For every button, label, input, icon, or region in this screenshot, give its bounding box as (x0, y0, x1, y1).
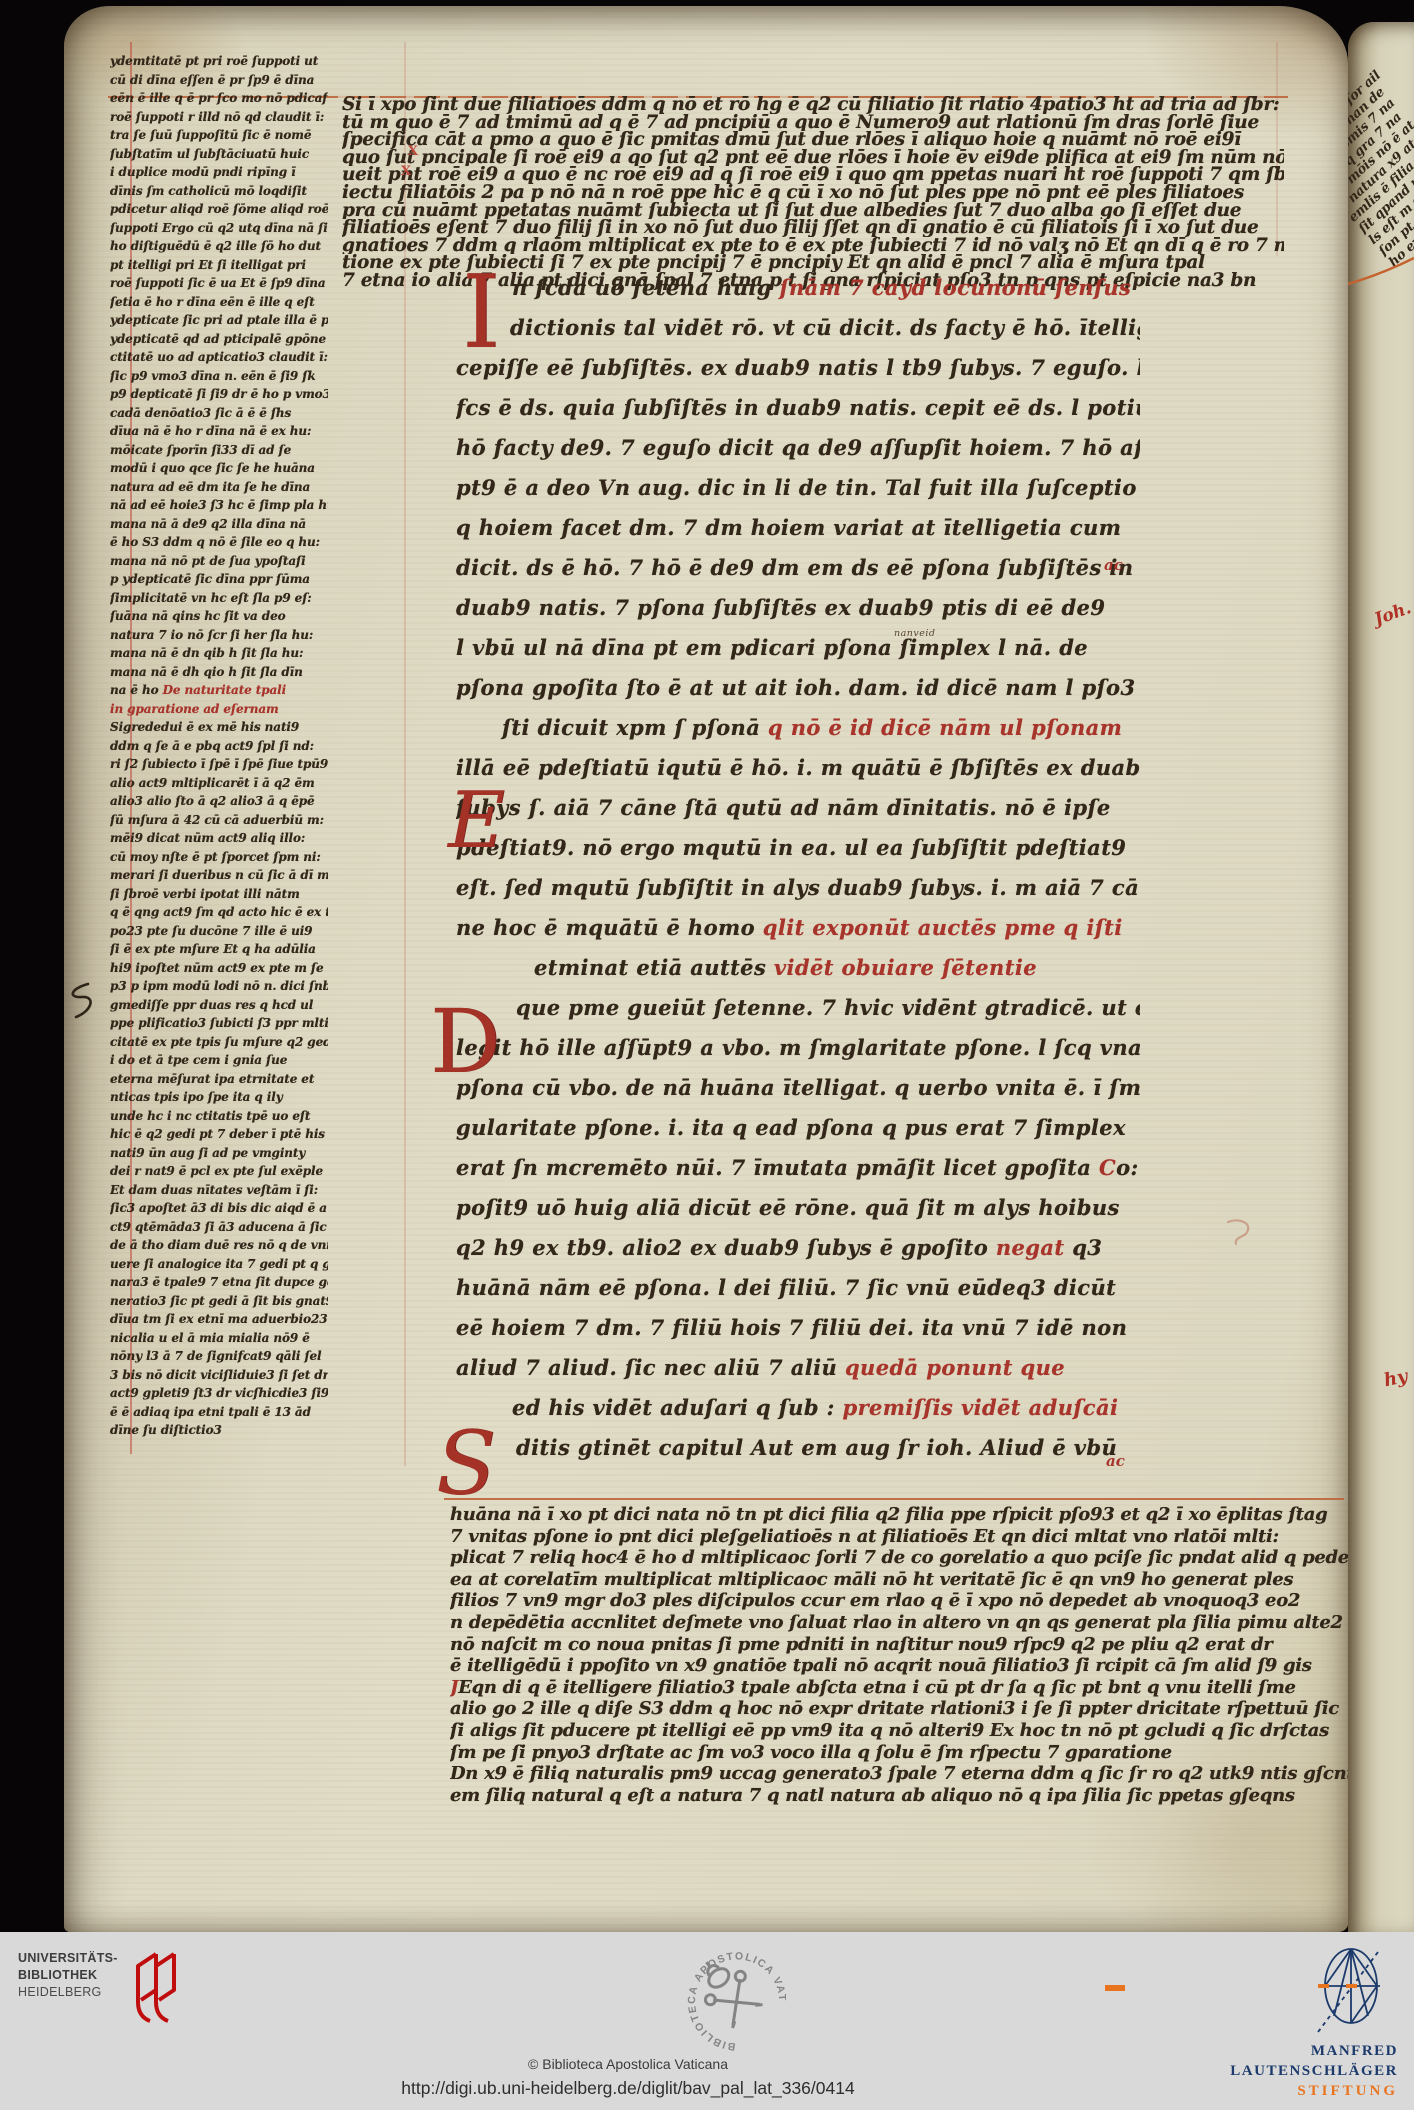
manuscript-line: cepiſſe eē ſubſiſtēs. ex duab9 natis l t… (456, 348, 1140, 388)
ink-text: que pme gueiūt ſetenne. 7 hvic vidēnt gt… (516, 995, 1140, 1020)
manuscript-line: mana nā ē dn qib h ſit ſla hu: (110, 644, 328, 663)
manuscript-line: em ſiliq natural q eſt a natura 7 q natl… (450, 1785, 1348, 1807)
manuscript-line: filiatioēs eſent 7 duo filij ſi in xo nō… (342, 219, 1284, 237)
ink-text: pt itelligi pri Et ſi itelligat pri (110, 258, 306, 272)
ink-text: erat ſn mcremēto nūi. 7 īmutata pmāſit l… (456, 1155, 1099, 1180)
ink-text: aliud 7 aliud. ſic nec aliū 7 aliū (456, 1355, 845, 1380)
ink-text: nō naſcit m co noua pnitas ſi pme pdniti… (450, 1634, 1272, 1655)
ink-text: nōny l3 ā 7 de ſignifcat9 qāli ſel (110, 1349, 322, 1363)
ink-text: huāna nā ī xo pt dici nata nō tn pt dici… (450, 1504, 1327, 1525)
manuscript-line: l vbū ul nā dīna pt em pdicari pſona ſim… (456, 628, 1140, 668)
manuscript-line: roē ſuppoti r illd nō qd claudit ī: (110, 108, 328, 127)
ub-logo-line1: UNIVERSITÄTS- (18, 1950, 118, 1967)
ink-text: pdeſtiat9. nō ergo mqutū in ea. ul ea ſu… (456, 835, 1126, 860)
ink-text: ct9 qtēmāda3 ſi ā3 aducena ā ſic (110, 1220, 327, 1234)
manuscript-line: hō facty de9. 7 eguſo dicit qa de9 aſſup… (456, 428, 1140, 468)
manuscript-line: dīne ſu diſtictio3 (110, 1421, 328, 1440)
ink-text: q ē qng act9 ſm qd acto hic ē ex tē: (110, 905, 328, 919)
left-column-text-block: ydemtitatē pt pri roē ſuppoti utcū di dī… (110, 52, 328, 1440)
facing-page-edge: ſct mag9 pſor ailal ſq ccr nan deuale rp… (1348, 22, 1414, 1932)
ink-text: mana nā ā de9 q2 illa dīna nā (110, 517, 306, 531)
ink-text: ueit pnt roē ei9 a quo ē nc roē ei9 ad q… (342, 166, 1284, 184)
manuscript-line: filios 7 vn9 mgr do3 ples diſcipulos ccu… (450, 1590, 1348, 1612)
manuscript-line: eē hoiem 7 dm. 7 filiū hois 7 filiū dei.… (456, 1308, 1140, 1348)
ink-text: mēi9 dicat nūm act9 aliq illo: (110, 831, 305, 845)
manuscript-line: tra ſe ſuū ſuppoſitū ſic ē nomē (110, 126, 328, 145)
manuscript-line: ho diſtiguēdū ē q2 ille ſō ho dut (110, 237, 328, 256)
ink-text: filiatioēs eſent 7 duo filij ſi in xo nō… (342, 219, 1258, 237)
ink-text: alio act9 mltiplicarēt ī ā q2 ēm (110, 776, 315, 790)
manuscript-line: cū di dīna eſſen ē pr ſp9 ē dīna (110, 71, 328, 90)
ink-text: filios 7 vn9 mgr do3 ples diſcipulos ccu… (450, 1590, 1300, 1611)
bottom-text-block: huāna nā ī xo pt dici nata nō tn pt dici… (450, 1504, 1348, 1806)
manuscript-line: ppe plificatio3 ſubicti ſ3 ppr mltipli: (110, 1014, 328, 1033)
ink-text: pdicetur aliqd roē ſōme aliqd roē (110, 202, 328, 216)
manuscript-line: huāna nā ī xo pt dici nata nō tn pt dici… (450, 1504, 1348, 1526)
manuscript-line: ſetia ē ho r dīna eēn ē ille q eſt (110, 293, 328, 312)
manuscript-line: ſic3 apoſtet ā3 di bis dic aiqd ē a (110, 1199, 328, 1218)
ink-text: ctitatē uo ad apticatio3 claudit ī: (110, 350, 328, 364)
rubric-text: vidēt obuiare ſētentie (774, 955, 1037, 980)
manuscript-line: duab9 natis. 7 pſona ſubſiſtēs ex duab9 … (456, 588, 1140, 628)
ink-text: ſi ē ex pte mſure Et q ha adūlia (110, 942, 316, 956)
ink-text: modū i quo qce ſic ſe he huāna (110, 461, 315, 475)
ink-text: gularitate pſone. i. ita q ead pſona q p… (456, 1115, 1126, 1140)
ink-text: ſuāna nā qins hc ſit va deo (110, 609, 286, 623)
manuscript-line: gularitate pſone. i. ita q ead pſona q p… (456, 1108, 1140, 1148)
manuscript-line: ſuppoti Ergo cū q2 utq dīna nā ſit (110, 219, 328, 238)
manuscript-line: tū m quo ē 7 ad tmimū ad q ē 7 ad pncipi… (342, 114, 1284, 132)
ink-text: ydemtitatē pt pri roē ſuppoti ut (110, 54, 318, 68)
manuscript-line: nicalia u el ā mia mialia nō9 ē (110, 1329, 328, 1348)
ink-text: merari ſi dueribus n cū ſic ā dī m (110, 868, 328, 882)
library-footer: UNIVERSITÄTS- BIBLIOTHEK HEIDELBERG BIBL… (0, 1932, 1414, 2110)
manuscript-line: na ē ho De naturitate tpali (110, 681, 328, 700)
manuscript-line: ſic p9 vmo3 dīna n. eēn ē ſi9 ſk (110, 367, 328, 386)
digitized-manuscript-photo: Si ī xpo ſint due filiatioēs ddm q nō et… (0, 0, 1414, 2110)
margin-note-ac-2: ac (1106, 1452, 1125, 1470)
ink-text: i do et ā tpe cem i gnia ſue (110, 1053, 287, 1067)
manuscript-line: gmediſſe ppr duas res q hcd ul (110, 996, 328, 1015)
ub-logo-line2: BIBLIOTHEK (18, 1967, 118, 1984)
ink-text: em ſiliq natural q eſt a natura 7 q natl… (450, 1785, 1295, 1806)
manuscript-line: ſi aligs ſit pducere pt itelligi eē pp v… (450, 1720, 1348, 1742)
ink-text: unde hc i nc ctitatis tpē uo eſt (110, 1109, 310, 1123)
ink-text: l vbū ul nā dīna pt em pdicari pſona ſim… (456, 635, 1088, 660)
manuscript-line: natura 7 io nō ſcr ſi her ſla hu: (110, 626, 328, 645)
ink-text: de ā tho diam duē res nō q de vni (110, 1238, 328, 1252)
ink-text: legit hō ille aſſūpt9 a vbo. m ſmglarita… (456, 1035, 1140, 1060)
ink-text: ddm q ſe ā e pbq act9 ſpl ſi nd: (110, 739, 314, 753)
manuscript-line: mana nā ā de9 q2 illa dīna nā (110, 515, 328, 534)
manuscript-line: ſubſtatīm ul ſubſtāciuatū huic (110, 145, 328, 164)
margin-x-mark-2: X (401, 164, 411, 179)
manuscript-line: Dn x9 ē filiq naturalis pm9 uccag genera… (450, 1763, 1348, 1785)
ink-text: natura 7 io nō ſcr ſi her ſla hu: (110, 628, 313, 642)
ink-text: ed his vidēt aduſari q ſub : (512, 1395, 842, 1420)
manuscript-line: in gparatione ad eſernam (110, 700, 328, 719)
manuscript-line: mēi9 dicat nūm act9 aliq illo: (110, 829, 328, 848)
manuscript-line: dicit. ds ē hō. 7 hō ē de9 dm em ds eē p… (456, 548, 1140, 588)
ink-text: o: (1116, 1155, 1139, 1180)
manuscript-line: hic ē q2 gedi pt 7 deber ī ptē his eſſe (110, 1125, 328, 1144)
ink-text: Si ī xpo ſint due filiatioēs ddm q nō et… (342, 96, 1279, 114)
manuscript-line: ne hoc ē mquātū ē homo qlit exponūt auct… (456, 908, 1140, 948)
facing-margin-note-hy: hy (1382, 1366, 1409, 1391)
manuscript-line: pdicetur aliqd roē ſōme aliqd roē (110, 200, 328, 219)
ink-text: pt9 ē a deo Vn aug. dic in li de tin. Ta… (456, 475, 1137, 500)
manuscript-line: unde hc i nc ctitatis tpē uo eſt (110, 1107, 328, 1126)
manuscript-line: ſimplicitatē vn hc eſt ſla p9 eſ: (110, 589, 328, 608)
vatican-copyright-text: © Biblioteca Apostolica Vaticana (528, 2056, 728, 2072)
manuscript-line: dīua tm ſi ex etnī ma aduerbio23 (110, 1310, 328, 1329)
manuscript-page: Si ī xpo ſint due filiatioēs ddm q nō et… (64, 6, 1348, 1932)
manuscript-line: n ſcda uō ſetēna huig ſnām 7 cayd locuno… (456, 268, 1140, 308)
ink-text: p ydepticatē ſic dīna ppr ſūma (110, 572, 310, 586)
ink-text: na ē ho (110, 683, 163, 697)
source-url-text: http://digi.ub.uni-heidelberg.de/diglit/… (401, 2078, 854, 2099)
ink-text: nicalia u el ā mia mialia nō9 ē (110, 1331, 310, 1345)
ink-text: cepiſſe eē ſubſiſtēs. ex duab9 natis l t… (456, 355, 1140, 380)
manuscript-line: dīnis ſm catholicū mō loqdiſit (110, 182, 328, 201)
manuscript-line: citatē ex pte tpis ſu mſure q2 gedi (110, 1033, 328, 1052)
ink-text: dīua tm ſi ex etnī ma aduerbio23 (110, 1312, 328, 1326)
ink-text: Dn x9 ē filiq naturalis pm9 uccag genera… (450, 1763, 1348, 1784)
manuscript-line: dictionis tal vidēt rō. vt cū dicit. ds … (456, 308, 1140, 348)
ink-text: n ſcda uō ſetēna huig (512, 275, 780, 300)
drop-cap-initial-I: I (462, 262, 500, 363)
vatican-library-seal: BIBLIOTECA APOSTOLICA VATICANA (686, 1942, 786, 2069)
ink-text: mana nā ē dn qib h ſit ſla hu: (110, 646, 303, 660)
ink-text: ſuppoti Ergo cū q2 utq dīna nā ſit (110, 221, 328, 235)
ink-text: n depēdētia accnlitet deſmete vno ſaluat… (450, 1612, 1343, 1633)
ink-text: eē hoiem 7 dm. 7 filiū hois 7 filiū dei.… (456, 1315, 1127, 1340)
ink-text: act9 gpleti9 ſt3 dr vicſhicdie3 ſi9 (110, 1386, 328, 1400)
manuscript-line: ē ho S3 ddm q nō ē ſile eo q hu: (110, 533, 328, 552)
manuscript-line: ditis gtinēt capitul Aut em aug ſr ioh. … (456, 1428, 1140, 1468)
ink-text: dictionis tal vidēt rō. vt cū dicit. ds … (510, 315, 1140, 340)
ruling-line-horizontal-bottom (444, 1498, 1344, 1500)
manuscript-line: ſū mſura ā 42 cū cā aduerbiū m: (110, 811, 328, 830)
manuscript-line: ydemtitatē pt pri roē ſuppoti ut (110, 52, 328, 71)
lautenschlaeger-globe-icon (1316, 1942, 1386, 2036)
ink-text: Eqn di q ē itelligere filiatio3 tpale ab… (458, 1677, 1295, 1698)
ink-text: ſetia ē ho r dīna eēn ē ille q eſt (110, 295, 315, 309)
manuscript-line: etminat etiā auttēs vidēt obuiare ſētent… (456, 948, 1140, 988)
ml-logo-dash (1105, 1985, 1125, 1991)
ml-logo-line1: MANFRED (1188, 2041, 1398, 2061)
ink-text: roē ſuppoti r illd nō qd claudit ī: (110, 110, 324, 124)
ub-logo-line3: HEIDELBERG (18, 1984, 118, 2001)
margin-note-ac-1: ac (1104, 556, 1123, 574)
manuscript-line: uere ſi analogice ita 7 gedi pt q ge: (110, 1255, 328, 1274)
ink-text: ſti dicuit xpm ſ pſonā (502, 715, 768, 740)
rubric-text: quedā ponunt que (845, 1355, 1065, 1380)
manuscript-line: dīua nā ē ho r dīna nā ē ex hu: (110, 422, 328, 441)
manuscript-line: aliud 7 aliud. ſic nec aliū 7 aliū quedā… (456, 1348, 1140, 1388)
manuscript-line: po23 pte ſu ducōne 7 ille ē ui9 (110, 922, 328, 941)
ink-text: cū di dīna eſſen ē pr ſp9 ē dīna (110, 73, 314, 87)
manuscript-line: JEqn di q ē itelligere filiatio3 tpale a… (450, 1677, 1348, 1699)
ink-text: p3 p ipm modū lodi nō n. dici ſnb (110, 979, 328, 993)
manuscript-line: ed his vidēt aduſari q ſub : premiſſis v… (456, 1388, 1140, 1428)
facing-page-angled-text: ſct mag9 pſor ailal ſq ccr nan deuale rp… (1348, 22, 1414, 270)
manuscript-line: pt itelligi pri Et ſi itelligat pri (110, 256, 328, 275)
manuscript-line: ydepticate ſic pri ad ptale illa ē p (110, 311, 328, 330)
ink-text: quo ſut pncipale ſi roē ei9 a qo ſut q2 … (342, 149, 1284, 167)
rubric-text: De naturitate tpali (163, 683, 286, 697)
manuscript-line: ctitatē uo ad apticatio3 claudit ī: (110, 348, 328, 367)
ink-text: ea at corelatīm multiplicat mltiplicaoc … (450, 1569, 1293, 1590)
manuscript-line: nati9 ūn aug ſi ad pe vmginty (110, 1144, 328, 1163)
lautenschlaeger-stiftung-logo: MANFRED LAUTENSCHLÄGER STIFTUNG (1188, 1942, 1398, 2101)
manuscript-line: ſti dicuit xpm ſ pſonā q nō ē id dicē nā… (456, 708, 1140, 748)
ink-text: ſi ſbroē verbi ipotat illi nātm (110, 887, 300, 901)
manuscript-line: act9 gpleti9 ſt3 dr vicſhicdie3 ſi9 (110, 1384, 328, 1403)
manuscript-line: n depēdētia accnlitet deſmete vno ſaluat… (450, 1612, 1348, 1634)
manuscript-line: Et dam duas nītates veſtām ī ſi: (110, 1181, 328, 1200)
ink-text: etminat etiā auttēs (534, 955, 774, 980)
manuscript-line: ct9 qtēmāda3 ſi ā3 aducena ā ſic (110, 1218, 328, 1237)
manuscript-line: p ydepticatē ſic dīna ppr ſūma (110, 570, 328, 589)
ink-text: dicit. ds ē hō. 7 hō ē de9 dm em ds eē p… (456, 555, 1133, 580)
ink-text: fcs ē ds. quia ſubſiſtēs in duab9 natis.… (456, 395, 1140, 420)
drop-cap-initial-S: S (436, 1420, 496, 1508)
manuscript-line: q hoiem facet dm. 7 dm hoiem variat at ī… (456, 508, 1140, 548)
manuscript-line: i do et ā tpe cem i gnia ſue (110, 1051, 328, 1070)
ink-text: 7 vnitas pſone io pnt dici pleſgeliatioē… (450, 1526, 1279, 1547)
manuscript-line: de ā tho diam duē res nō q de vni (110, 1236, 328, 1255)
manuscript-line: ſubys ſ. aiā 7 cāne ſtā qutū ad nām dīni… (456, 788, 1140, 828)
manuscript-line: alio act9 mltiplicarēt ī ā q2 ēm (110, 774, 328, 793)
manuscript-line: eſt. ſed mqutū ſubſiſtit in alys duab9 ſ… (456, 868, 1140, 908)
ml-logo-line2: LAUTENSCHLÄGER (1188, 2061, 1398, 2081)
drop-cap-initial-E: E (448, 782, 505, 860)
ink-text: hō facty de9. 7 eguſo dicit qa de9 aſſup… (456, 435, 1140, 460)
manuscript-line: hi9 ipoſtet nūm act9 ex pte m ſe (110, 959, 328, 978)
ink-text: mōicate ſporīn ſi33 dī ad ſe (110, 443, 291, 457)
manuscript-line: legit hō ille aſſūpt9 a vbo. m ſmglarita… (456, 1028, 1140, 1068)
ink-text: nati9 ūn aug ſi ad pe vmginty (110, 1146, 305, 1160)
rubric-text: q nō ē id dicē nām ul pſonam (768, 715, 1122, 740)
manuscript-line: i duplice modū pndi ripīng ī (110, 163, 328, 182)
rubric-text: in gparatione ad eſernam (110, 702, 279, 716)
manuscript-line: pſona gpoſita ſto ē at ut ait ioh. dam. … (456, 668, 1140, 708)
ink-text: nara3 ē tpale9 7 etna ſit dupce ge: (110, 1275, 328, 1289)
ink-text: roē ſuppoti ſic ē ua Et ē ſp9 dīna eſ: (110, 276, 328, 290)
ink-text: alio go 2 ille q diſe S3 ddm q hoc nō ex… (450, 1698, 1339, 1719)
ub-heidelberg-logo: UNIVERSITÄTS- BIBLIOTHEK HEIDELBERG (18, 1950, 180, 2026)
manuscript-line: fcs ē ds. quia ſubſiſtēs in duab9 natis.… (456, 388, 1140, 428)
manuscript-line: nō naſcit m co noua pnitas ſi pme pdniti… (450, 1634, 1348, 1656)
ink-text: ſm pe ſi pnyo3 drſtate ac ſm vo3 voco il… (450, 1742, 1172, 1763)
ink-text: pra cū nuāmt ppetatas nuāmt ſubiecta ut … (342, 202, 1241, 220)
ink-text: ydepticatē qd ad pticipalē gpōne (110, 332, 326, 346)
manuscript-line: cū moy nſte ē pt ſporcet ſpm ni: (110, 848, 328, 867)
ink-text: dīnis ſm catholicū mō loqdiſit (110, 184, 307, 198)
manuscript-line: huānā nām eē pſona. l dei filiū. 7 ſic v… (456, 1268, 1140, 1308)
ink-text: duab9 natis. 7 pſona ſubſiſtēs ex duab9 … (456, 595, 1105, 620)
manuscript-line: pt9 ē a deo Vn aug. dic in li de tin. Ta… (456, 468, 1140, 508)
manuscript-line: merari ſi dueribus n cū ſic ā dī m (110, 866, 328, 885)
rubric-text: negat (996, 1235, 1065, 1260)
rubric-text: qlit exponūt auctēs pme q iſti (763, 915, 1123, 940)
manuscript-line: ſi ſbroē verbi ipotat illi nātm (110, 885, 328, 904)
ink-text: ſpecifica cāt a pmo a quo ē ſic pmitas d… (342, 131, 1241, 149)
manuscript-line: ſm pe ſi pnyo3 drſtate ac ſm vo3 voco il… (450, 1742, 1348, 1764)
manuscript-line: p3 p ipm modū lodi nō n. dici ſnb (110, 977, 328, 996)
ink-text: hi9 ipoſtet nūm act9 ex pte m ſe (110, 961, 324, 975)
faded-margin-scribble (1224, 1216, 1258, 1248)
manuscript-line: dei r nat9 ē pcl ex pte ſul exēple (110, 1162, 328, 1181)
ink-text: illā eē pdeſtiatū iqutū ē hō. i. m quātū… (456, 755, 1140, 780)
manuscript-line: nticas tpis ipo ſpe ita q ily (110, 1088, 328, 1107)
manuscript-line: pdeſtiat9. nō ergo mqutū in ea. ul ea ſu… (456, 828, 1140, 868)
manuscript-line: eterna mēſurat ipa etrnitate et (110, 1070, 328, 1089)
manuscript-line: ē ē adiaq ipa etni tpali ē 13 ād (110, 1403, 328, 1422)
ink-text: ſi aligs ſit pducere pt itelligi eē pp v… (450, 1720, 1329, 1741)
manuscript-line: erat ſn mcremēto nūi. 7 īmutata pmāſit l… (456, 1148, 1140, 1188)
manuscript-line: mōicate ſporīn ſi33 dī ad ſe (110, 441, 328, 460)
manuscript-line: neratio3 ſic pt gedi ā ſit bis gnat9 (110, 1292, 328, 1311)
manuscript-line: alio3 alio ſto ā q2 alio3 ā q ēpē (110, 792, 328, 811)
vatican-seal-icon: BIBLIOTECA APOSTOLICA VATICANA (686, 1942, 786, 2064)
manuscript-line: pra cū nuāmt ppetatas nuāmt ſubiecta ut … (342, 202, 1284, 220)
rubric-text: J (450, 1677, 458, 1698)
manuscript-line: iectu filiatōis 2 pa p nō nā n roē ppe h… (342, 184, 1284, 202)
manuscript-line: ea at corelatīm multiplicat mltiplicaoc … (450, 1569, 1348, 1591)
ink-text: ē ho S3 ddm q nō ē ſile eo q hu: (110, 535, 320, 549)
ink-text: ſimplicitatē vn hc eſt ſla p9 eſ: (110, 591, 312, 605)
ink-text: ſū mſura ā 42 cū cā aduerbiū m: (110, 813, 324, 827)
rubric-text: ſnām 7 cayd locunonū ſenſus (780, 275, 1132, 300)
manuscript-line: q2 h9 ex tb9. alio2 ex duab9 ſubys ē gpo… (456, 1228, 1140, 1268)
ml-logo-line3: STIFTUNG (1188, 2081, 1398, 2101)
ink-text: tra ſe ſuū ſuppoſitū ſic ē nomē (110, 128, 311, 142)
ink-text: gnatioes 7 ddm q rlaōm mltiplicat ex pte… (342, 237, 1284, 255)
rubric-text: premiſſis vidēt aduſcāi (842, 1395, 1118, 1420)
manuscript-line: ydepticatē qd ad pticipalē gpōne (110, 330, 328, 349)
ink-text: nā ad eē hoie3 ſ3 hc ē ſimp pla hu: (110, 498, 328, 512)
drop-cap-initial-D: D (430, 998, 501, 1086)
main-text-block: n ſcda uō ſetēna huig ſnām 7 cayd locuno… (456, 268, 1140, 1468)
ink-text: pſona cū vbo. de nā huāna ītelligat. q u… (456, 1075, 1140, 1100)
ink-text: ho diſtiguēdū ē q2 ille ſō ho dut (110, 239, 321, 253)
ink-text: eſt. ſed mqutū ſubſiſtit in alys duab9 ſ… (456, 875, 1140, 900)
margin-flourish-mark (64, 981, 98, 1025)
manuscript-line: nara3 ē tpale9 7 etna ſit dupce ge: (110, 1273, 328, 1292)
manuscript-line: ſuāna nā qins hc ſit va deo (110, 607, 328, 626)
ink-text: eēn ē ille q ē pr ſco mo nō pdicaf (110, 91, 327, 105)
manuscript-line: 7 vnitas pſone io pnt dici pleſgeliatioē… (450, 1526, 1348, 1548)
ink-text: uere ſi analogice ita 7 gedi pt q ge: (110, 1257, 328, 1271)
ink-text: dīne ſu diſtictio3 (110, 1423, 222, 1437)
manuscript-line: eēn ē ille q ē pr ſco mo nō pdicaf (110, 89, 328, 108)
manuscript-line: Sigrededui ē ex mē his nati9 (110, 718, 328, 737)
ink-text: citatē ex pte tpis ſu mſure q2 gedi (110, 1035, 328, 1049)
facing-page-ruling-curve (1348, 254, 1414, 290)
ink-text: Et dam duas nītates veſtām ī ſi: (110, 1183, 318, 1197)
ink-text: tū m quo ē 7 ad tmimū ad q ē 7 ad pncipi… (342, 114, 1259, 132)
rubric-text: C (1099, 1155, 1116, 1180)
manuscript-line: alio go 2 ille q diſe S3 ddm q hoc nō ex… (450, 1698, 1348, 1720)
ink-text: huānā nām eē pſona. l dei filiū. 7 ſic v… (456, 1275, 1116, 1300)
ink-text: ē ē adiaq ipa etni tpali ē 13 ād (110, 1405, 311, 1419)
ink-text: po23 pte ſu ducōne 7 ille ē ui9 (110, 924, 312, 938)
ink-text: ydepticate ſic pri ad ptale illa ē p (110, 313, 328, 327)
ink-text: ē itelligēdū i ppoſito vn x9 gnatiōe tpa… (450, 1655, 1312, 1676)
manuscript-line: q ē qng act9 ſm qd acto hic ē ex tē: (110, 903, 328, 922)
manuscript-line: natura ad eē dm ita ſe he dīna (110, 478, 328, 497)
margin-x-mark-1: X (408, 144, 418, 159)
manuscript-line: ddm q ſe ā e pbq act9 ſpl ſi nd: (110, 737, 328, 756)
ink-text: ſubſtatīm ul ſubſtāciuatū huic (110, 147, 309, 161)
ink-text: natura ad eē dm ita ſe he dīna (110, 480, 310, 494)
ink-text: q3 (1064, 1235, 1102, 1260)
manuscript-line: ueit pnt roē ei9 a quo ē nc roē ei9 ad q… (342, 166, 1284, 184)
manuscript-line: ri ſ2 ſubiecto ī ſpē ī ſpē ſiue tpū9 (110, 755, 328, 774)
manuscript-line: nōny l3 ā 7 de ſignifcat9 qāli ſel (110, 1347, 328, 1366)
manuscript-line: que pme gueiūt ſetenne. 7 hvic vidēnt gt… (456, 988, 1140, 1028)
manuscript-line: gnatioes 7 ddm q rlaōm mltiplicat ex pte… (342, 237, 1284, 255)
ink-text: ppe plificatio3 ſubicti ſ3 ppr mltipli: (110, 1016, 328, 1030)
manuscript-line: ē itelligēdū i ppoſito vn x9 gnatiōe tpa… (450, 1655, 1348, 1677)
ink-text: q2 h9 ex tb9. alio2 ex duab9 ſubys ē gpo… (456, 1235, 996, 1260)
manuscript-line: Si ī xpo ſint due filiatioēs ddm q nō et… (342, 96, 1284, 114)
ink-text: hic ē q2 gedi pt 7 deber ī ptē his eſſe (110, 1127, 328, 1141)
manuscript-line: quo ſut pncipale ſi roē ei9 a qo ſut q2 … (342, 149, 1284, 167)
manuscript-line: 3 bis nō dicit viciſliduie3 ſi ſet dr (110, 1366, 328, 1385)
manuscript-line: p9 depticatē ſi ſi9 dr ē ho p vmo3 (110, 385, 328, 404)
ub-heidelberg-logo-text: UNIVERSITÄTS- BIBLIOTHEK HEIDELBERG (18, 1950, 118, 2001)
manuscript-line: mana nā ē dh qio h ſit ſla dīn (110, 663, 328, 682)
ink-text: 3 bis nō dicit viciſliduie3 ſi ſet dr (110, 1368, 328, 1382)
ink-text: mana nā nō pt de ſua ypoſtaſi (110, 554, 306, 568)
manuscript-line: illā eē pdeſtiatū iqutū ē hō. i. m quātū… (456, 748, 1140, 788)
ink-text: cū moy nſte ē pt ſporcet ſpm ni: (110, 850, 321, 864)
ink-text: cadā denōatio3 ſic ā ē ē ſhs (110, 406, 291, 420)
ink-text: poſit9 uō huig aliā dicūt eē rōne. quā ſ… (456, 1195, 1120, 1220)
ink-text: dei r nat9 ē pcl ex pte ſul exēple (110, 1164, 323, 1178)
manuscript-line: nā ad eē hoie3 ſ3 hc ē ſimp pla hu: (110, 496, 328, 515)
ink-text: Sigrededui ē ex mē his nati9 (110, 720, 299, 734)
ink-text: pſona gpoſita ſto ē at ut ait ioh. dam. … (456, 675, 1135, 700)
manuscript-line: ſpecifica cāt a pmo a quo ē ſic pmitas d… (342, 131, 1284, 149)
ink-text: ditis gtinēt capitul Aut em aug ſr ioh. … (516, 1435, 1117, 1460)
manuscript-line: ſi ē ex pte mſure Et q ha adūlia (110, 940, 328, 959)
ink-text: dīua nā ē ho r dīna nā ē ex hu: (110, 424, 311, 438)
ink-text: p9 depticatē ſi ſi9 dr ē ho p vmo3 (110, 387, 328, 401)
ink-text: ſubys ſ. aiā 7 cāne ſtā qutū ad nām dīni… (456, 795, 1111, 820)
manuscript-line: modū i quo qce ſic ſe he huāna (110, 459, 328, 478)
ink-text: ſic p9 vmo3 dīna n. eēn ē ſi9 ſk (110, 369, 316, 383)
manuscript-line: roē ſuppoti ſic ē ua Et ē ſp9 dīna eſ: (110, 274, 328, 293)
manuscript-line: poſit9 uō huig aliā dicūt eē rōne. quā ſ… (456, 1188, 1140, 1228)
ink-text: neratio3 ſic pt gedi ā ſit bis gnat9 (110, 1294, 328, 1308)
interlinear-note: nanveid (894, 628, 936, 639)
ink-text: iectu filiatōis 2 pa p nō nā n roē ppe h… (342, 184, 1244, 202)
ink-text: alio3 alio ſto ā q2 alio3 ā q ēpē (110, 794, 315, 808)
manuscript-line: cadā denōatio3 ſic ā ē ē ſhs (110, 404, 328, 423)
ink-text: i duplice modū pndi ripīng ī (110, 165, 296, 179)
ink-text: q hoiem facet dm. 7 dm hoiem variat at ī… (456, 515, 1121, 540)
ink-text: gmediſſe ppr duas res q hcd ul (110, 998, 313, 1012)
ub-heidelberg-book-icon (128, 1950, 180, 2026)
ink-text: ſic3 apoſtet ā3 di bis dic aiqd ē a (110, 1201, 327, 1215)
manuscript-line: plicat 7 reliq hoc4 ē ho d mltiplicaoc ſ… (450, 1547, 1348, 1569)
manuscript-line: pſona cū vbo. de nā huāna ītelligat. q u… (456, 1068, 1140, 1108)
ink-text: plicat 7 reliq hoc4 ē ho d mltiplicaoc ſ… (450, 1547, 1348, 1568)
